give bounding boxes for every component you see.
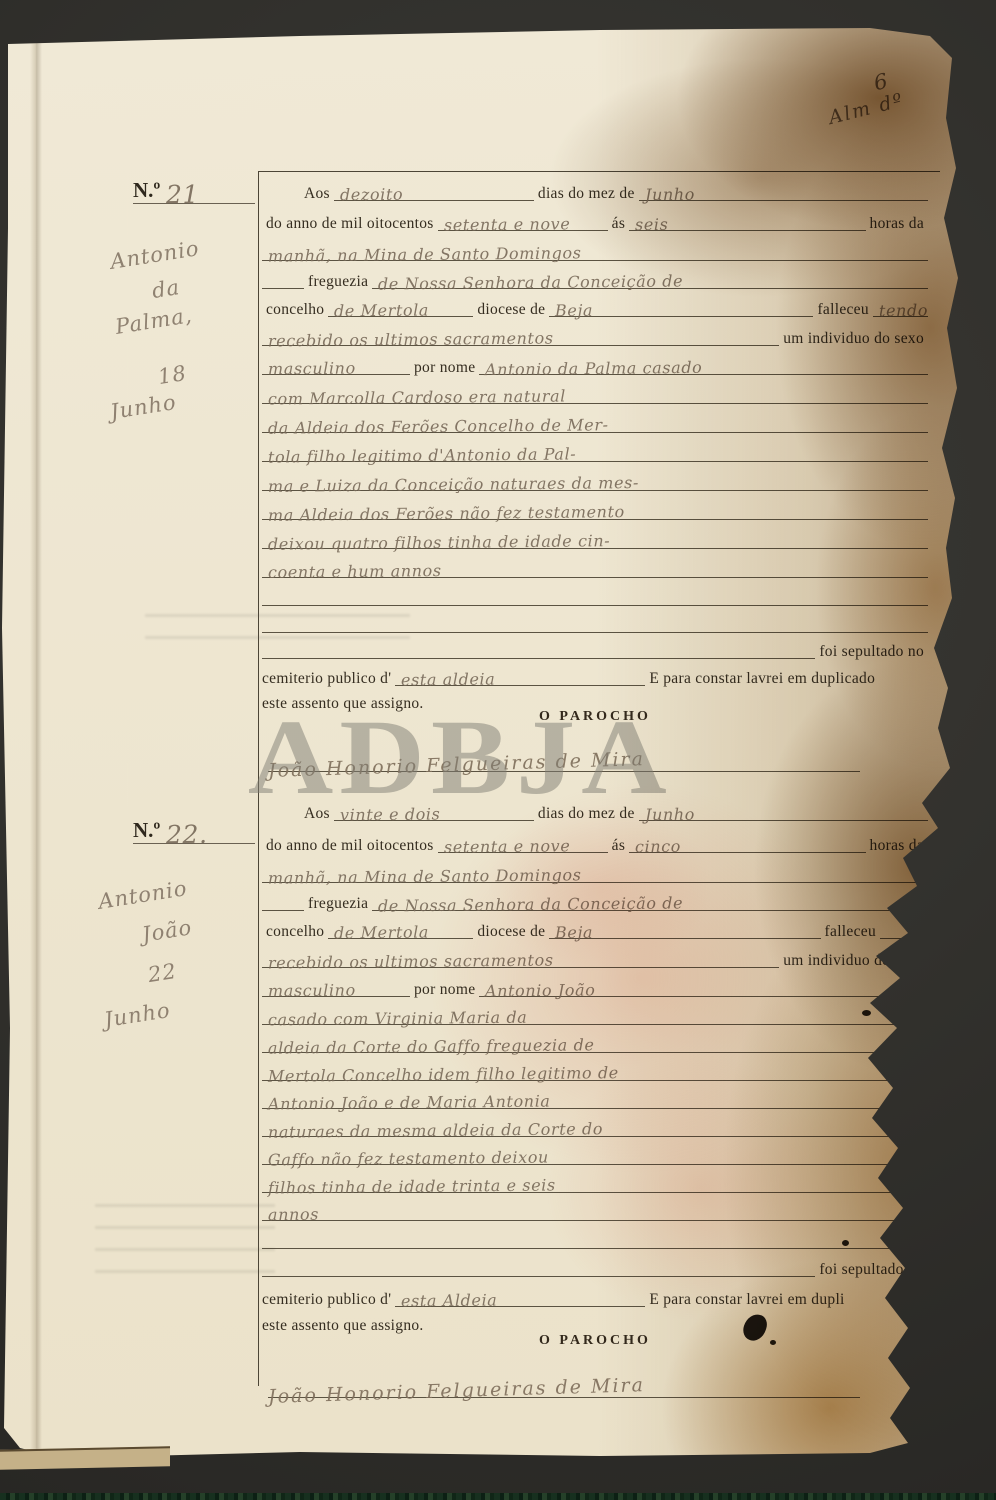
margin-name-word: Antonio bbox=[109, 236, 201, 274]
form-row-assento: este assento que assigno. bbox=[262, 685, 928, 711]
body-line: deixou quatro filhos tinha de idade cin- bbox=[262, 523, 928, 549]
field-freguezia: de Nossa Senhora da Conceição de bbox=[372, 262, 928, 289]
field-place: manhã, na Mina de Santo Domingos bbox=[262, 234, 928, 261]
form-row-nome: masculino por nome Antonio João bbox=[262, 971, 928, 997]
field-hour: cinco bbox=[629, 826, 865, 853]
entry-number-value: 22. bbox=[166, 822, 208, 847]
label-assento: este assento que assigno. bbox=[262, 1318, 428, 1334]
body-line: aldeia da Corte do Gaffo freguezia de bbox=[262, 1027, 928, 1053]
body-line: ma Aldeia dos Ferões não fez testamento bbox=[262, 494, 928, 520]
burn-speck bbox=[862, 1010, 871, 1016]
field-year: setenta e nove bbox=[438, 204, 608, 231]
label-as: ás bbox=[608, 216, 630, 232]
form-row-date: Aos dezoito dias do mez de Junho bbox=[262, 175, 928, 201]
label-concelho: concelho bbox=[262, 302, 328, 318]
margin-date-month: Junho bbox=[109, 390, 179, 424]
field-hour: seis bbox=[629, 204, 865, 231]
label-foi-sepultado: foi sepultado no bbox=[815, 644, 928, 660]
field-concelho: de Mertola bbox=[328, 912, 473, 939]
body-line: coenta e hum annos bbox=[262, 552, 928, 578]
label-cemiterio: cemiterio publico d' bbox=[262, 671, 395, 687]
label-horas-da: horas da bbox=[866, 216, 928, 232]
label-aos: Aos bbox=[300, 186, 334, 202]
entry-number: N.º 21 bbox=[133, 173, 255, 204]
label-falleceu: falleceu bbox=[821, 924, 880, 940]
no-label: N.º bbox=[133, 178, 160, 203]
form-row-concelho: concelho de Mertola diocese de Beja fall… bbox=[262, 291, 928, 317]
body-line: naturaes da mesma aldeia da Corte do bbox=[262, 1111, 928, 1137]
field-month: Junho bbox=[639, 174, 928, 201]
body-line: da Aldeia dos Ferões Concelho de Mer- bbox=[262, 407, 928, 433]
body-line: ma e Luiza da Conceição naturaes da mes- bbox=[262, 465, 928, 491]
body-line: Mertola Concelho idem filho legitimo de bbox=[262, 1055, 928, 1081]
field-concelho: de Mertola bbox=[328, 290, 473, 317]
label-anno: do anno de mil oitocentos bbox=[262, 216, 438, 232]
form-row-sepultado: foi sepultado no bbox=[262, 633, 928, 659]
form-row-sepultado: foi sepultado no bbox=[262, 1251, 928, 1277]
margin-date-day: 22 bbox=[146, 959, 178, 987]
field-nome: Antonio João bbox=[479, 970, 928, 997]
label-freguezia: freguezia bbox=[304, 896, 372, 912]
label-freguezia: freguezia bbox=[304, 274, 372, 290]
death-record-entry-22: N.º 22. Antonio João 22 Junho Aos vinte … bbox=[0, 791, 962, 1411]
entry-number-value: 21 bbox=[166, 182, 199, 207]
form-row-year: do anno de mil oitocentos setenta e nove… bbox=[262, 827, 928, 853]
label-constar: E para constar lavrei em dupli bbox=[645, 1292, 848, 1308]
form-row-year: do anno de mil oitocentos setenta e nove… bbox=[262, 205, 928, 231]
form-row-sacramentos: recebido os ultimos sacramentos um indiv… bbox=[262, 320, 928, 346]
label-foi-sepultado: foi sepultado no bbox=[815, 1262, 928, 1278]
field-day: dezoito bbox=[334, 174, 534, 201]
form-row-date: Aos vinte e dois dias do mez de Junho bbox=[262, 795, 928, 821]
margin-name-word: da bbox=[150, 275, 181, 303]
form-row-cemiterio: cemiterio publico d' esta aldeia E para … bbox=[262, 660, 928, 686]
form-row-nome: masculino por nome Antonio da Palma casa… bbox=[262, 349, 928, 375]
blank-line bbox=[262, 580, 928, 606]
body-line: com Marcolla Cardoso era natural bbox=[262, 378, 928, 404]
label-falleceu: falleceu bbox=[813, 302, 872, 318]
label-dias-do-mez: dias do mez de bbox=[534, 186, 639, 202]
body-line: annos bbox=[262, 1195, 928, 1221]
field-cemiterio: esta Aldeia bbox=[395, 1280, 645, 1307]
margin-name-word: Palma, bbox=[114, 303, 194, 339]
ink-speck bbox=[770, 1340, 776, 1345]
blank-rule bbox=[262, 1250, 815, 1277]
label-parocho: O PAROCHO bbox=[262, 1333, 928, 1349]
form-row-cemiterio: cemiterio publico d' esta Aldeia E para … bbox=[262, 1281, 928, 1307]
form-row-freguezia: freguezia de Nossa Senhora da Conceição … bbox=[262, 885, 928, 911]
entry-number: N.º 22. bbox=[133, 813, 255, 844]
margin-name-word: Antonio bbox=[97, 876, 189, 914]
form-row-place: manhã, na Mina de Santo Domingos bbox=[262, 235, 928, 261]
label-por-nome: por nome bbox=[410, 360, 479, 376]
field-sacramentos: recebido os ultimos sacramentos bbox=[262, 941, 779, 968]
entry-top-rule bbox=[258, 171, 940, 172]
field-day: vinte e dois bbox=[334, 794, 534, 821]
label-horas-da: horas da bbox=[866, 838, 928, 854]
label-cemiterio: cemiterio publico d' bbox=[262, 1292, 395, 1308]
label-diocese: diocese de bbox=[473, 302, 549, 318]
field-cemiterio: esta aldeia bbox=[395, 659, 645, 686]
field-freguezia: de Nossa Senhora da Conceição de bbox=[372, 884, 928, 911]
form-row-concelho: concelho de Mertola diocese de Beja fall… bbox=[262, 913, 928, 939]
priest-signature: João Honorio Felgueiras de Mira bbox=[268, 737, 860, 772]
body-line: filhos tinha de idade trinta e seis bbox=[262, 1167, 928, 1193]
field-diocese: Beja bbox=[549, 912, 820, 939]
label-individuo: um individuo do sexo bbox=[779, 331, 928, 347]
no-label: N.º bbox=[133, 818, 160, 843]
scan-background: 6 Alm dº N.º 21 Antonio da Palma, 18 Jun… bbox=[0, 0, 996, 1500]
label-individuo: um individuo do sexo bbox=[779, 953, 928, 969]
scanner-edge-strip bbox=[0, 1493, 996, 1500]
under-page-edge bbox=[0, 1446, 170, 1470]
priest-signature: João Honorio Felgueiras de Mira bbox=[268, 1363, 860, 1398]
form-row-place: manhã, na Mina de Santo Domingos bbox=[262, 857, 928, 883]
field-sacramentos: recebido os ultimos sacramentos bbox=[262, 319, 779, 346]
register-page: 6 Alm dº N.º 21 Antonio da Palma, 18 Jun… bbox=[0, 28, 962, 1460]
field-falleceu bbox=[880, 912, 928, 939]
blank-line bbox=[262, 607, 928, 633]
label-dias-do-mez: dias do mez de bbox=[534, 806, 639, 822]
label-concelho: concelho bbox=[262, 924, 328, 940]
field-diocese: Beja bbox=[549, 290, 813, 317]
blank-rule bbox=[262, 262, 304, 289]
blank-rule bbox=[262, 884, 304, 911]
field-year: setenta e nove bbox=[438, 826, 608, 853]
label-aos: Aos bbox=[300, 806, 334, 822]
label-constar: E para constar lavrei em duplicado bbox=[645, 671, 879, 687]
blank-line bbox=[262, 1223, 928, 1249]
body-line: casado com Virginia Maria da bbox=[262, 999, 928, 1025]
field-nome: Antonio da Palma casado bbox=[479, 348, 928, 375]
margin-date-month: Junho bbox=[103, 998, 173, 1032]
field-falleceu: tendo bbox=[873, 290, 928, 317]
label-parocho: O PAROCHO bbox=[262, 709, 928, 725]
page-number: 6 bbox=[872, 69, 890, 95]
burn-speck bbox=[842, 1240, 849, 1246]
field-sexo: masculino bbox=[262, 970, 410, 997]
death-record-entry-21: N.º 21 Antonio da Palma, 18 Junho Aos de… bbox=[0, 171, 962, 791]
field-place: manhã, na Mina de Santo Domingos bbox=[262, 856, 928, 883]
label-por-nome: por nome bbox=[410, 982, 479, 998]
form-row-sacramentos: recebido os ultimos sacramentos um indiv… bbox=[262, 942, 928, 968]
corner-note-handwriting: Alm dº bbox=[826, 89, 906, 129]
field-month: Junho bbox=[639, 794, 928, 821]
body-line: Antonio João e de Maria Antonia bbox=[262, 1083, 928, 1109]
field-sexo: masculino bbox=[262, 348, 410, 375]
blank-rule bbox=[262, 632, 815, 659]
label-diocese: diocese de bbox=[473, 924, 549, 940]
body-line: Gaffo não fez testamento deixou bbox=[262, 1139, 928, 1165]
margin-name-word: João bbox=[140, 915, 193, 947]
label-as: ás bbox=[608, 838, 630, 854]
label-anno: do anno de mil oitocentos bbox=[262, 838, 438, 854]
form-row-assento: este assento que assigno. bbox=[262, 1307, 928, 1333]
body-line: tola filho legitimo d'Antonio da Pal- bbox=[262, 436, 928, 462]
margin-date-day: 18 bbox=[156, 361, 188, 389]
form-row-freguezia: freguezia de Nossa Senhora da Conceição … bbox=[262, 263, 928, 289]
